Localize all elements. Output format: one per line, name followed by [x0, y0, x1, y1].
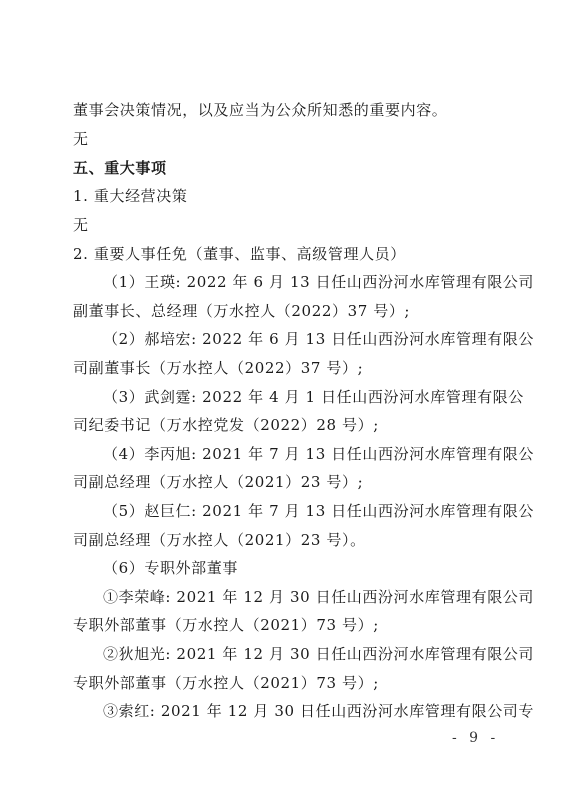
- document-page: 董事会决策情况，以及应当为公众所知悉的重要内容。 无 五、重大事项 1. 重大经…: [0, 0, 571, 785]
- paragraph-line: 无: [73, 215, 509, 235]
- subsection-heading: 1. 重大经营决策: [73, 186, 509, 206]
- paragraph-line: ②狄旭光: 2021 年 12 月 30 日任山西汾河水库管理有限公司: [103, 644, 509, 664]
- subsection-heading: 2. 重要人事任免（董事、监事、高级管理人员）: [73, 244, 509, 264]
- subsection-heading: （6）专职外部董事: [103, 558, 509, 578]
- paragraph-line: 专职外部董事（万水控人（2021）73 号）;: [73, 673, 509, 693]
- paragraph-line: 董事会决策情况，以及应当为公众所知悉的重要内容。: [73, 100, 509, 120]
- paragraph-line: ③索红: 2021 年 12 月 30 日任山西汾河水库管理有限公司专: [103, 701, 509, 721]
- paragraph-line: 司副总经理（万水控人（2021）23 号）。: [73, 530, 509, 550]
- paragraph-line: ①李荣峰: 2021 年 12 月 30 日任山西汾河水库管理有限公司: [103, 587, 509, 607]
- paragraph-line: 副董事长、总经理（万水控人（2022）37 号）;: [73, 301, 509, 321]
- paragraph-line: 司副董事长（万水控人（2022）37 号）;: [73, 358, 509, 378]
- paragraph-line: （3）武剑霆: 2022 年 4 月 1 日任山西汾河水库管理有限公: [103, 387, 509, 407]
- paragraph-line: 专职外部董事（万水控人（2021）73 号）;: [73, 615, 509, 635]
- paragraph-line: （1）王瑛: 2022 年 6 月 13 日任山西汾河水库管理有限公司: [103, 272, 509, 292]
- section-heading: 五、重大事项: [73, 158, 509, 178]
- paragraph-line: （5）赵巨仁: 2021 年 7 月 13 日任山西汾河水库管理有限公: [103, 501, 509, 521]
- page-number: - 9 -: [452, 730, 499, 746]
- paragraph-line: （2）郝培宏: 2022 年 6 月 13 日任山西汾河水库管理有限公: [103, 329, 509, 349]
- paragraph-line: 司副总经理（万水控人（2021）23 号）;: [73, 472, 509, 492]
- paragraph-line: （4）李丙旭: 2021 年 7 月 13 日任山西汾河水库管理有限公: [103, 444, 509, 464]
- paragraph-line: 司纪委书记（万水控党发（2022）28 号）;: [73, 415, 509, 435]
- paragraph-line: 无: [73, 129, 509, 149]
